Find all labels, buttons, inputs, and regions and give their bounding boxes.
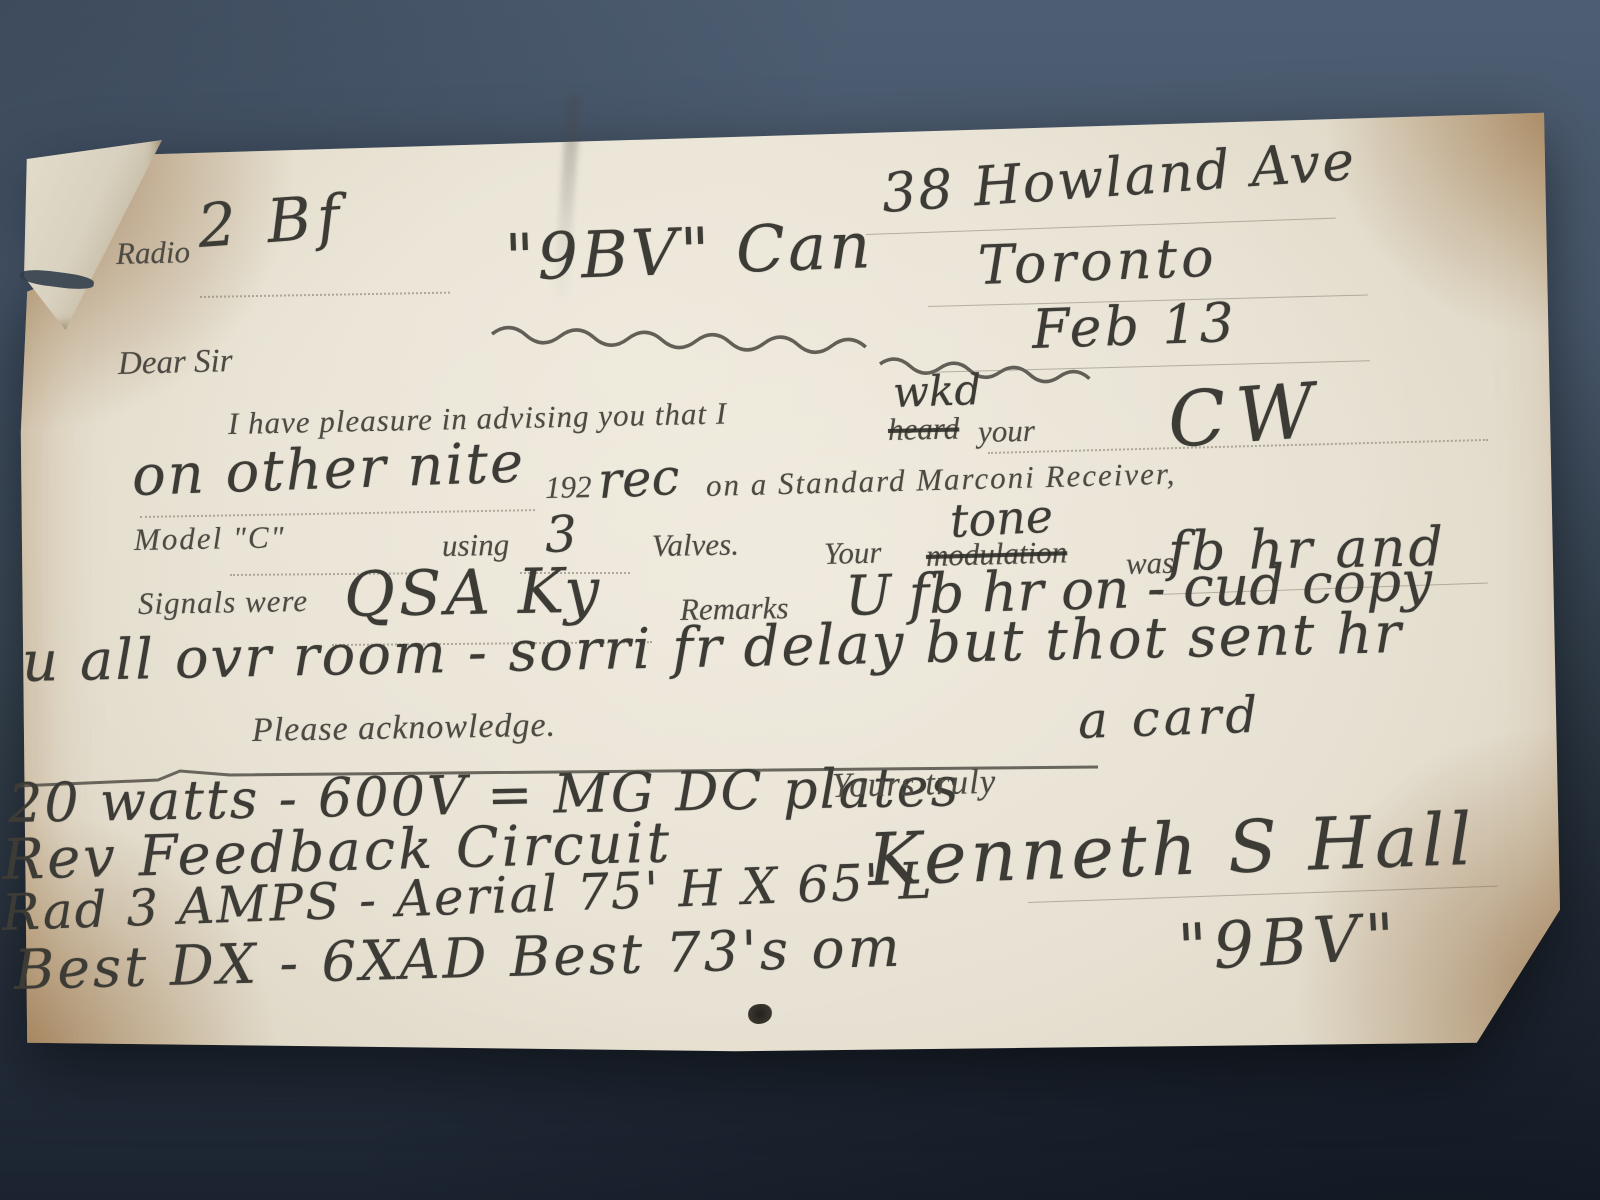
body-line1-fill-cw: CW xyxy=(1165,365,1327,465)
body-line2-printed: on a Standard Marconi Receiver, xyxy=(706,456,1177,504)
body-line3-model: Model "C" xyxy=(134,519,286,558)
body-line6-fill: a card xyxy=(1077,686,1262,750)
callsign-fill: "9BV" Can xyxy=(504,209,875,296)
address-line-3: Feb 13 xyxy=(1031,291,1238,361)
address-line-2: Toronto xyxy=(977,226,1219,297)
body-line2-fill: on other nite xyxy=(131,430,526,509)
body-line2-rule xyxy=(140,509,535,518)
acknowledge-line: Please acknowledge. xyxy=(252,707,557,750)
body-line4-signals: Signals were xyxy=(138,583,309,622)
body-line2-year-fill: rec xyxy=(596,448,680,510)
body-line2-year-printed: 192 xyxy=(545,469,592,506)
body-line1-your: your xyxy=(978,413,1036,450)
ink-blot xyxy=(748,1004,772,1024)
body-line1-struck-word: heard xyxy=(888,411,960,448)
radio-label: Radio xyxy=(116,234,191,272)
callsign-underline-squiggle xyxy=(492,318,892,348)
signature-callsign: "9BV" xyxy=(1176,900,1402,986)
station-fill: 2 Bf xyxy=(196,182,348,262)
qsl-card-photo: Radio 2 Bf "9BV" Can 38 Howland Ave Toro… xyxy=(0,0,1600,1200)
body-line3-valves: Valves. xyxy=(652,526,740,564)
body-line1-correction: wkd xyxy=(892,365,982,417)
station-rule xyxy=(200,292,450,298)
address-line-1: 38 Howland Ave xyxy=(880,129,1358,225)
closing-line: Yours truly xyxy=(831,762,996,806)
card-text-layer: Radio 2 Bf "9BV" Can 38 Howland Ave Toro… xyxy=(0,0,1600,1200)
salutation: Dear Sir xyxy=(118,343,234,383)
